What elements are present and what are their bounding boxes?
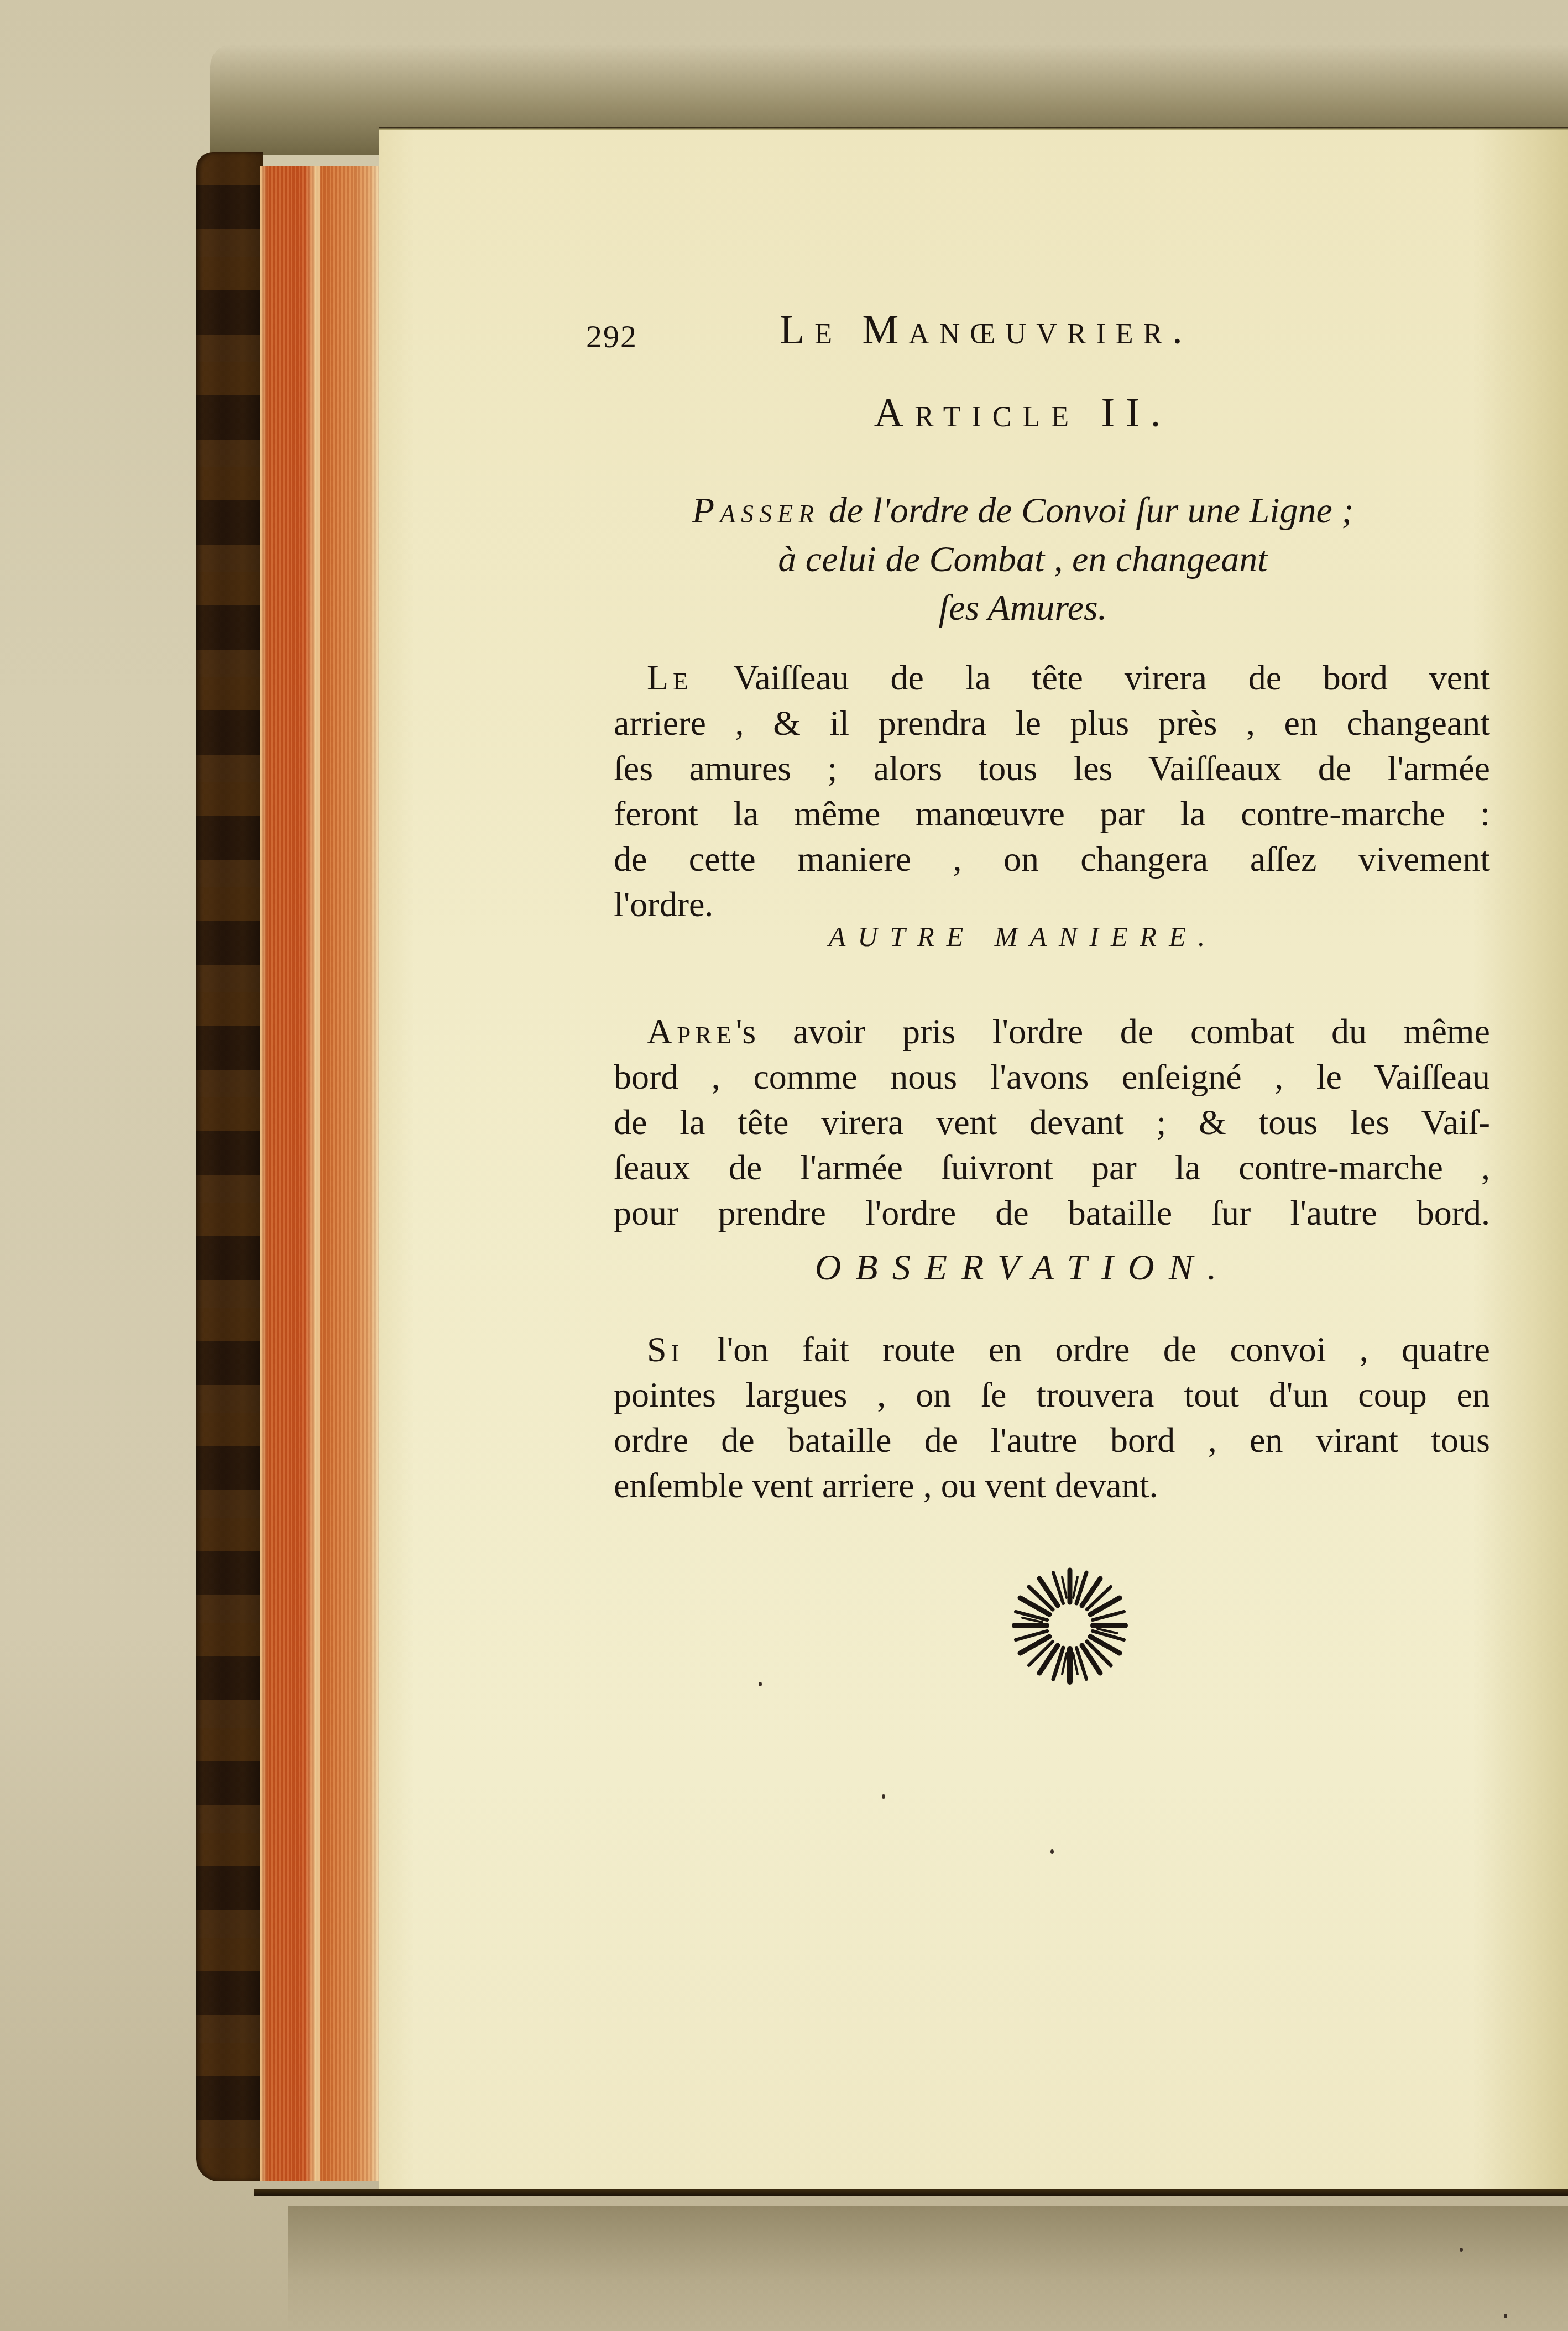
- paragraph-line: pour prendre l'ordre de bataille ſur l'a…: [614, 1190, 1490, 1236]
- paper-speck: [882, 1794, 885, 1799]
- paper-speck: [1050, 1849, 1054, 1854]
- paragraph-lead: Apre: [647, 1012, 736, 1051]
- paragraph-line: Si l'on fait route en ordre de convoi , …: [614, 1327, 1490, 1372]
- page-top-edge: [379, 127, 1568, 130]
- paragraph-line: bord , comme nous l'avons enſeigné , le …: [614, 1054, 1490, 1100]
- book-shadow-bottom: [288, 2206, 1568, 2331]
- paragraph-line: ordre de bataille de l'autre bord , en v…: [614, 1418, 1490, 1463]
- subheading-observation: OBSERVATION.: [553, 1247, 1493, 1289]
- paragraph-line-text: 's avoir pris l'ordre de combat du même: [736, 1012, 1490, 1051]
- paragraph-line: Le Vaiſſeau de la tête virera de bord ve…: [614, 655, 1490, 701]
- article-title-line-1: Passer de l'ordre de Convoi ſur une Lign…: [553, 487, 1493, 535]
- article-title: Passer de l'ordre de Convoi ſur une Lign…: [553, 487, 1493, 633]
- running-title: Le Manœuvrier.: [780, 307, 1193, 354]
- book-bottom-edge: [254, 2189, 1568, 2196]
- paragraph-line: Apre's avoir pris l'ordre de combat du m…: [614, 1009, 1490, 1054]
- page-edge-highlight: [315, 166, 320, 2181]
- paper-speck: [1504, 2314, 1507, 2318]
- paper-speck: [759, 1682, 762, 1686]
- book-spine: [196, 152, 263, 2181]
- article-title-line-3: ſes Amures.: [553, 584, 1493, 633]
- paragraph-2: Apre's avoir pris l'ordre de combat du m…: [614, 1009, 1490, 1236]
- article-title-line-2: à celui de Combat , en changeant: [553, 535, 1493, 584]
- subheading-autre-maniere: Autre maniere.: [553, 921, 1493, 953]
- paragraph-line: de cette maniere , on changera aſſez viv…: [614, 837, 1490, 882]
- paragraph-lead: Si: [647, 1330, 684, 1369]
- paragraph-line: enſemble vent arriere , ou vent devant.: [614, 1463, 1490, 1508]
- paragraph-1: Le Vaiſſeau de la tête virera de bord ve…: [614, 655, 1490, 927]
- paragraph-line-text: Vaiſſeau de la tête virera de bord vent: [693, 658, 1490, 697]
- paragraph-line: feront la même manœuvre par la contre-ma…: [614, 791, 1490, 837]
- paragraph-line: ſes amures ; alors tous les Vaiſſeaux de…: [614, 746, 1490, 791]
- paragraph-line: de la tête virera vent devant ; & tous l…: [614, 1100, 1490, 1145]
- paragraph-line: pointes largues , on ſe trouvera tout d'…: [614, 1372, 1490, 1418]
- article-heading: Article II.: [553, 390, 1493, 437]
- article-title-lead: Passer: [692, 490, 820, 531]
- paragraph-line: ſeaux de l'armée ſuivront par la contre-…: [614, 1145, 1490, 1190]
- paragraph-line: arriere , & il prendra le plus près , en…: [614, 701, 1490, 746]
- paragraph-3: Si l'on fait route en ordre de convoi , …: [614, 1327, 1490, 1508]
- paragraph-line-text: l'on fait route en ordre de convoi , qua…: [684, 1330, 1490, 1369]
- running-head: 292 Le Manœuvrier.: [586, 307, 1360, 357]
- article-title-line-1-text: de l'ordre de Convoi ſur une Ligne ;: [819, 490, 1353, 531]
- page-number: 292: [586, 318, 637, 355]
- paper-speck: [1460, 2248, 1463, 2252]
- paragraph-lead: Le: [647, 658, 693, 697]
- sunburst-vignette-icon: [1003, 1559, 1136, 1692]
